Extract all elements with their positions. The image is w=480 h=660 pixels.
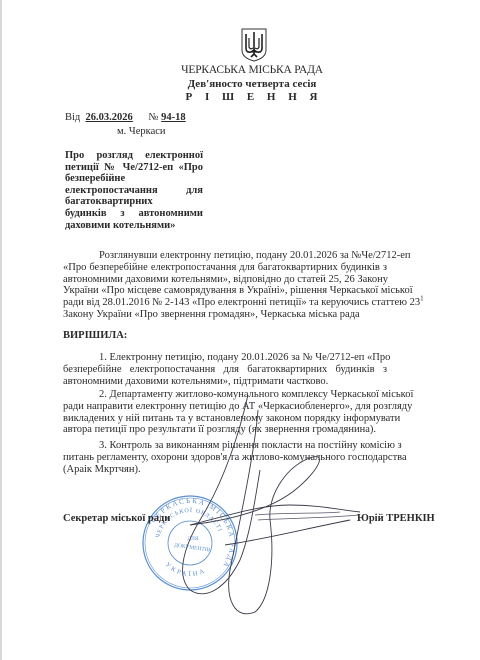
paragraph-line: викладених у ній питань та у встановлено… [63, 413, 387, 425]
paragraph-line: автономними даховими котельнями», відпов… [63, 274, 387, 286]
preamble-paragraph: Розглянувши електронну петицію, подану 2… [63, 250, 387, 321]
city: м. Черкаси [117, 126, 166, 137]
paragraph-line: 1. Електронну петицію, подану 20.01.2026… [63, 352, 387, 364]
decision-title: Р І Ш Е Н Н Я [14, 91, 480, 103]
date-prefix: Від [65, 112, 80, 123]
subject-line: багатоквартирних [65, 196, 203, 208]
paragraph-line: Розглянувши електронну петицію, подану 2… [63, 250, 387, 262]
session-name: Дев'яносто четверта сесія [12, 78, 480, 90]
paragraph-line: автора петиції про результати її розгляд… [63, 424, 387, 436]
decision-date-number: Від 26.03.2026 № 94-18 [65, 112, 186, 123]
paragraph-line: питань регламенту, охорони здоров'я та ж… [63, 452, 387, 464]
paragraph-line: автономними даховими котельнями», підтри… [63, 376, 387, 388]
paragraph-line: Закону України «Про звернення громадян»,… [63, 309, 387, 321]
subject-line: петиції № Че/2712-еп «Про [65, 162, 203, 174]
council-name: ЧЕРКАСЬКА МІСЬКА РАДА [12, 64, 480, 76]
subject-line: будинків з автономними [65, 208, 203, 220]
decision-subject: Про розгляд електронної петиції № Че/271… [65, 150, 203, 231]
paragraph-line: 2. Департаменту житлово-комунального ком… [63, 389, 387, 401]
svg-text:ДЛЯ: ДЛЯ [187, 536, 198, 542]
resolved-label: ВИРІШИЛА: [63, 330, 127, 341]
scan-page-edge [0, 0, 2, 660]
decision-number: 94-18 [161, 112, 186, 123]
paragraph-line: «Про безперебійне електропостачання для … [63, 262, 387, 274]
paragraph-line: України «Про місцеве самоврядування в Ук… [63, 285, 387, 297]
coat-of-arms-icon [241, 28, 267, 62]
svg-text:ДОКУМЕНТІВ: ДОКУМЕНТІВ [174, 543, 211, 554]
subject-line: безперебійне [65, 173, 203, 185]
paragraph-line: 3. Контроль за виконанням рішення поклас… [63, 440, 387, 452]
decision-item-2: 2. Департаменту житлово-комунального ком… [63, 389, 387, 436]
svg-text:ЧЕРКАСЬКА МІСЬКА РАДА: ЧЕРКАСЬКА МІСЬКА РАДА [150, 497, 236, 570]
subject-line: Про розгляд електронної [65, 150, 203, 162]
paragraph-line: ради від 28.01.2016 № 2-143 «Про електро… [63, 297, 387, 309]
svg-text:УКРАЇНА: УКРАЇНА [164, 561, 208, 578]
superscript: 1 [420, 295, 424, 303]
decision-item-1: 1. Електронну петицію, подану 20.01.2026… [63, 352, 387, 387]
signatory-name: Юрій ТРЕНКІН [357, 513, 435, 524]
subject-line: даховими котельнями» [65, 220, 203, 232]
number-prefix: № [149, 112, 159, 123]
decision-date: 26.03.2026 [86, 112, 133, 123]
paragraph-line: ради направити електронну петицію до АТ … [63, 401, 387, 413]
paragraph-line-text: ради від 28.01.2016 № 2-143 «Про електро… [63, 297, 420, 308]
decision-item-3: 3. Контроль за виконанням рішення поклас… [63, 440, 387, 475]
signatory-position: Секретар міської ради [63, 513, 170, 524]
official-stamp-icon: ЧЕРКАСЬКА МІСЬКА РАДА ЧЕРКАСЬКОЇ ОБЛАСТІ… [140, 493, 240, 593]
paragraph-line: (Араік Мкртчян). [63, 464, 387, 476]
subject-line: електропостачання для [65, 185, 203, 197]
paragraph-line: безперебійне електропостачання для багат… [63, 364, 387, 376]
